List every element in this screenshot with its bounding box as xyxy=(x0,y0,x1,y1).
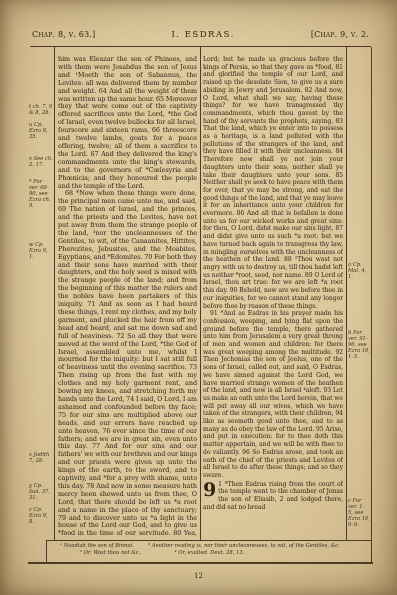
footnote-left-rule xyxy=(46,540,47,562)
verse-paragraph: 68 *Now when these things were done, the… xyxy=(58,190,197,538)
book-title: I. ESDRAS. xyxy=(171,30,234,40)
page-number: 12 xyxy=(0,572,397,580)
footnote-line: ² Or, Wast thou not &c. ⁴ Or, exalted. D… xyxy=(50,550,367,557)
verse-paragraph: Lord; but he made us gracious before the… xyxy=(203,56,343,310)
verse-paragraph: 91 *And as Esdras in his prayer made his… xyxy=(203,310,343,479)
scanned-book-page: Chap. 8, v. 63.] I. ESDRAS. [Chap. 9, v.… xyxy=(0,0,397,595)
margin-note: a Cp. Mal. 4, 1. xyxy=(348,262,370,280)
text-column-left: him was Eleazar the son of Phinees, and … xyxy=(58,56,197,538)
running-header: Chap. 8, v. 63.] I. ESDRAS. [Chap. 9, v.… xyxy=(32,30,369,40)
bottom-rule xyxy=(28,562,373,564)
right-outer-rule xyxy=(371,47,372,562)
margin-note: c For ver. 1–5, see Ezra 10, 6–9. xyxy=(348,498,370,528)
column-divider-rule xyxy=(200,47,201,540)
header-chapter-right: [Chap. 9, v. 2. xyxy=(311,30,369,39)
footnote: ² Or, Wast thou not &c. xyxy=(80,550,140,557)
margin-note: v See ch. 2, 17. xyxy=(29,156,53,168)
margin-note: y Cp. Isai. 37, 31. xyxy=(29,483,53,501)
header-chapter-left: Chap. 8, v. 63.] xyxy=(32,30,95,39)
margin-note: * For ver. 68–90, see Ezra ch. 9. xyxy=(29,179,53,209)
footnote-separator-rule xyxy=(46,540,371,541)
chapter-start-block: 91 *Then Esdras rising from the court of… xyxy=(203,481,343,512)
verse-paragraph: him was Eleazar the son of Phinees, and … xyxy=(58,56,197,190)
verse-paragraph: 1 *Then Esdras rising from the court of … xyxy=(203,481,343,511)
margin-note: u Cp. Ezra 8, 35. xyxy=(29,122,53,140)
chapter-number-dropcap: 9 xyxy=(203,482,216,498)
right-margin-rule xyxy=(346,47,347,540)
margin-note: w Cp. Ezra 9, 1. xyxy=(29,242,53,260)
margin-note: z Cp. Ezra 9, 8. xyxy=(29,507,53,525)
text-column-right: Lord; but he made us gracious before the… xyxy=(203,56,343,538)
left-margin-rule xyxy=(54,47,55,540)
margin-note: x Judith 7, 28. xyxy=(29,452,53,464)
margin-note: t ch. 7, 9 & 8, 28. xyxy=(29,104,53,116)
footnote: ⁴ Or, exalted. Deut. 28, 13. xyxy=(174,550,244,557)
margin-note: b For ver. 91–96, see Ezra 10, 1–5. xyxy=(348,330,370,360)
footnote-line: ¹ Noadiah the son of Binnui. ³ Another r… xyxy=(50,543,367,550)
footnote-block: ¹ Noadiah the son of Binnui. ³ Another r… xyxy=(50,543,367,557)
footnote: ³ Another reading is, nor their uncleann… xyxy=(148,543,340,550)
footnote: ¹ Noadiah the son of Binnui. xyxy=(60,543,134,550)
